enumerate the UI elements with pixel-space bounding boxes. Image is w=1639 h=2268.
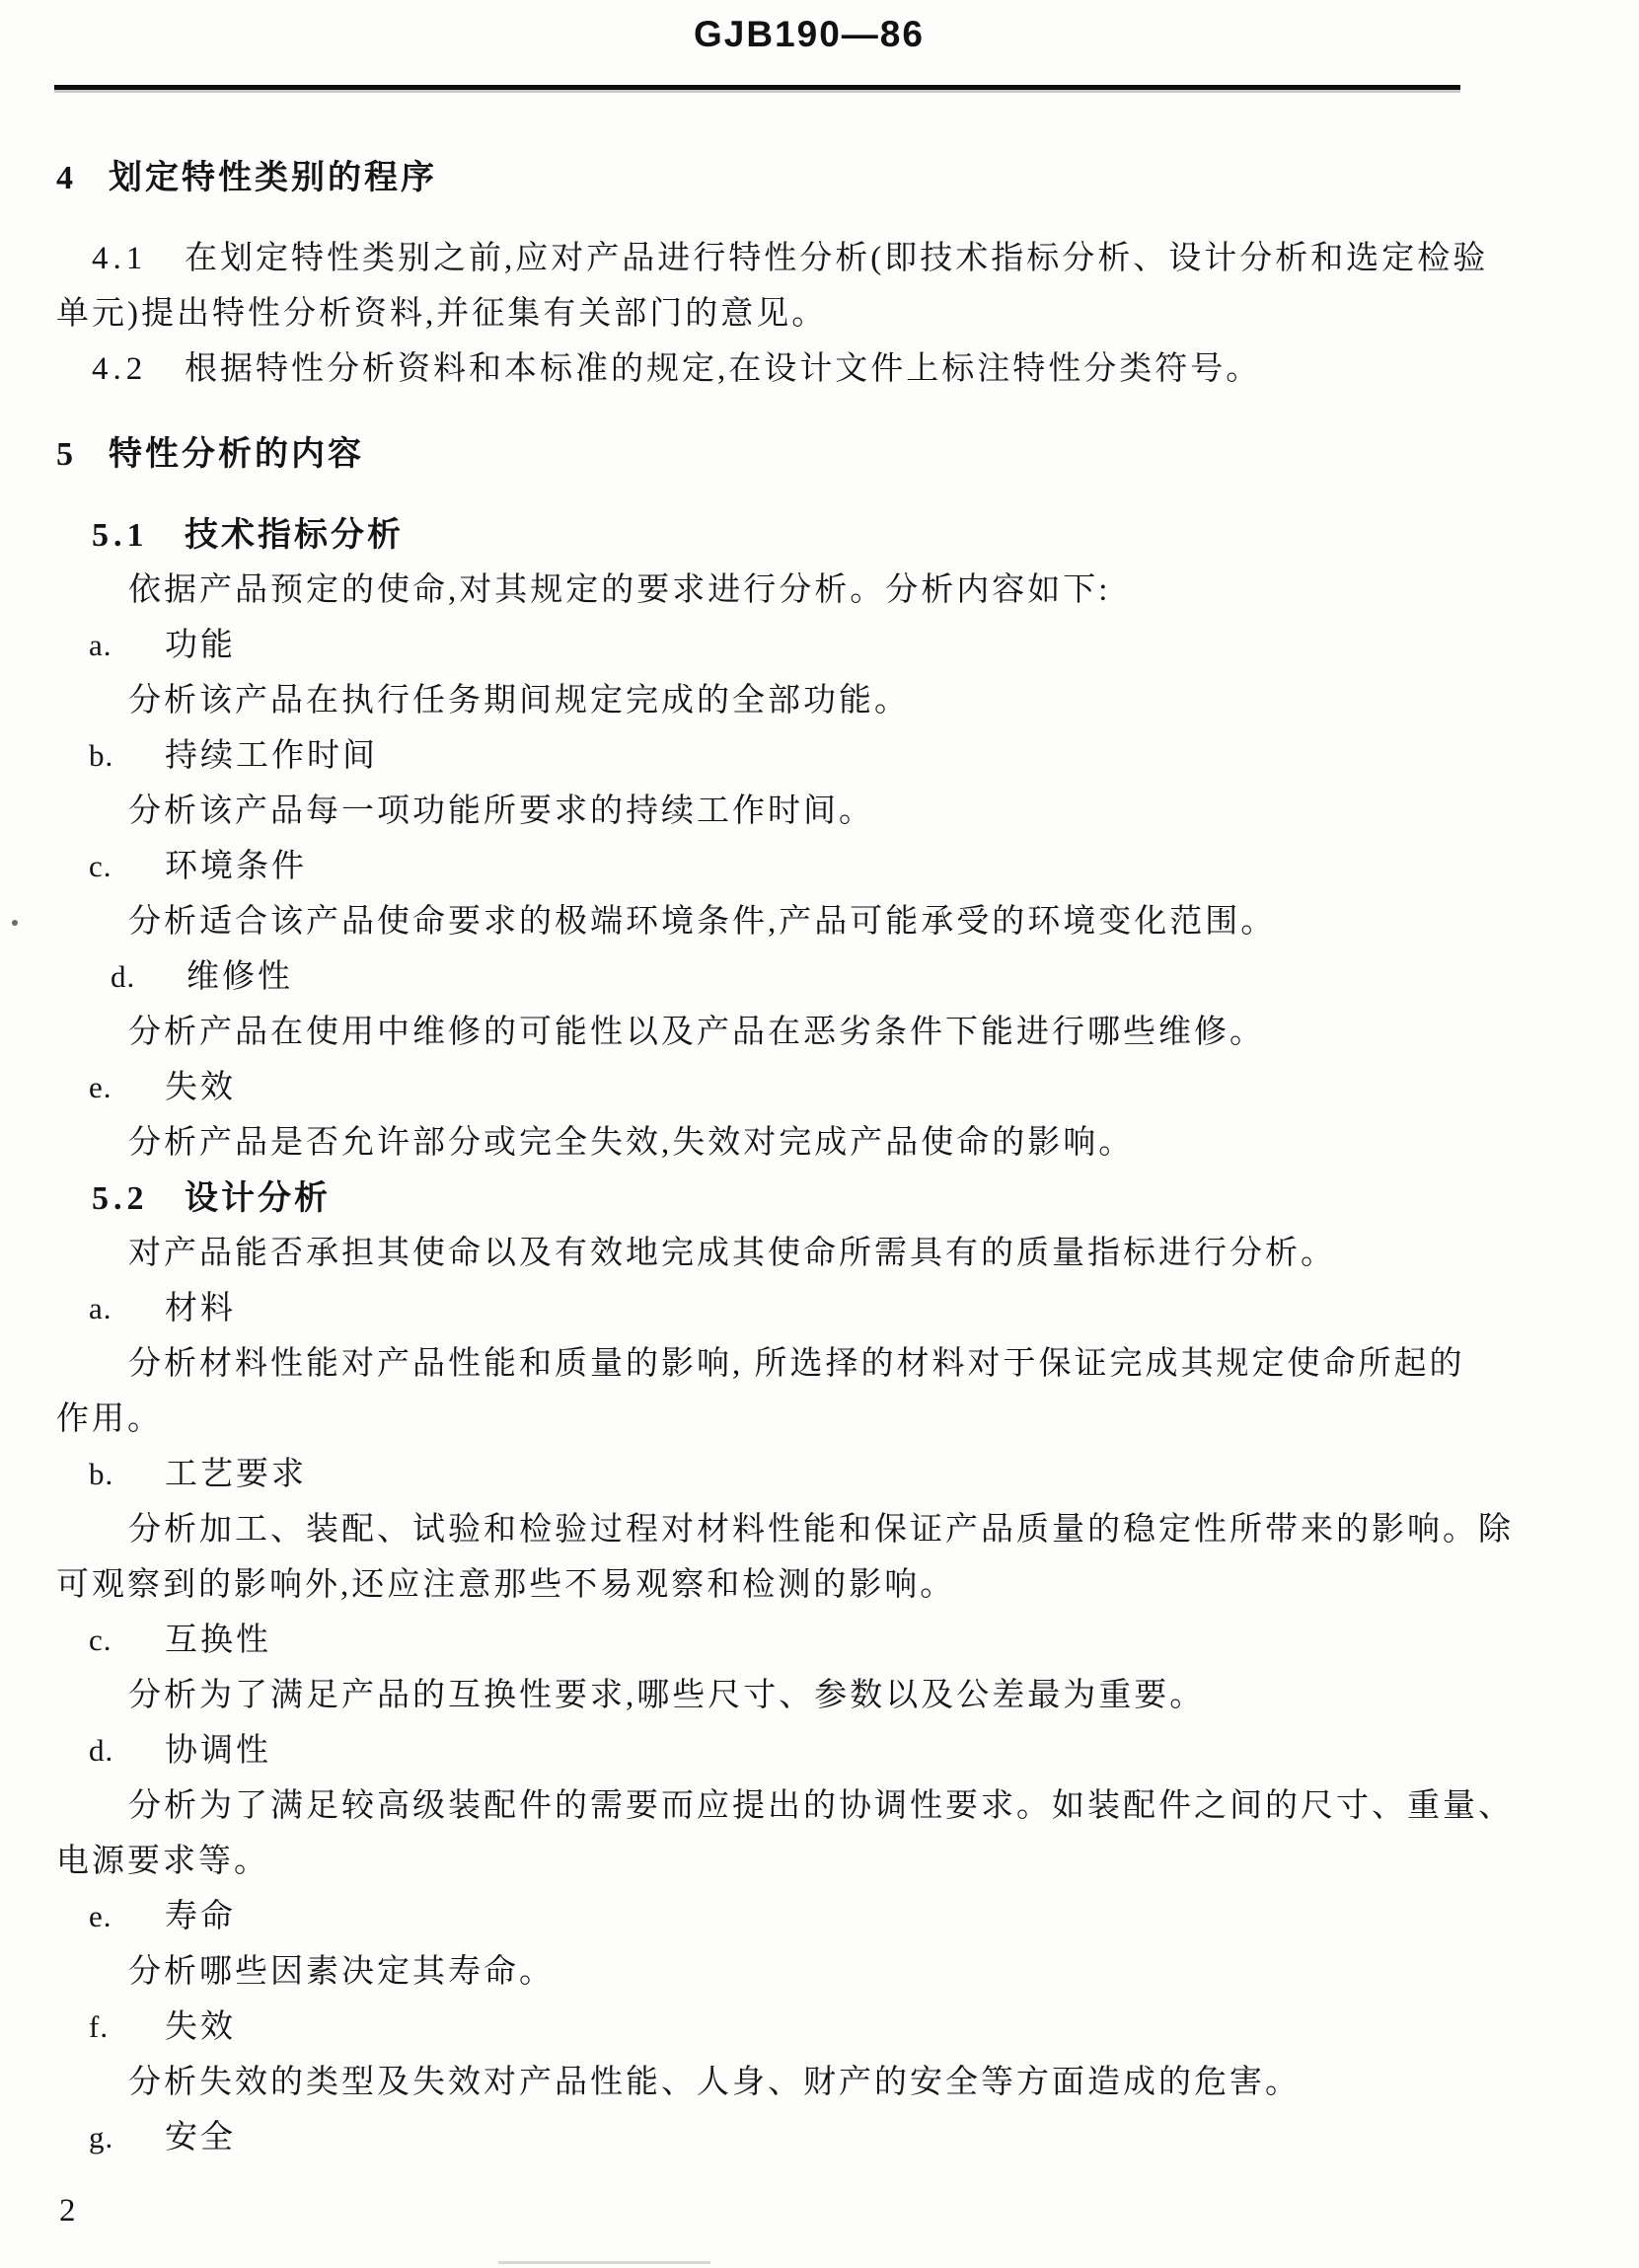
- line-text: 分析加工、装配、试验和检验过程对材料性能和保证产品质量的稳定性所带来的影响。除: [128, 1512, 1514, 1548]
- body-paragraph-line: 分析产品在使用中维修的可能性以及产品在恶劣条件下能进行哪些维修。: [56, 1005, 1581, 1060]
- numbered-clause-line: 4.1在划定特性类别之前,应对产品进行特性分析(即技术指标分析、设计分析和选定检…: [56, 231, 1581, 286]
- item-letter: d.: [111, 949, 186, 1005]
- page-number: 2: [59, 2183, 76, 2238]
- line-text: 分析产品在使用中维修的可能性以及产品在恶劣条件下能进行哪些维修。: [128, 1015, 1265, 1050]
- line-text: 分析为了满足较高级装配件的需要而应提出的协调性要求。如装配件之间的尺寸、重量、: [128, 1788, 1514, 1824]
- line-text: 持续工作时间: [165, 738, 378, 774]
- numbered-clause-line: 4.2根据特性分析资料和本标准的规定,在设计文件上标注特性分类符号。: [56, 341, 1581, 397]
- list-item-line: b.工艺要求: [56, 1447, 1581, 1502]
- line-text: 分析材料性能对产品性能和质量的影响, 所选择的材料对于保证完成其规定使命所起的: [128, 1346, 1465, 1382]
- body-paragraph-line: 分析加工、装配、试验和检验过程对材料性能和保证产品质量的稳定性所带来的影响。除: [56, 1502, 1581, 1557]
- body-paragraph-line: 对产品能否承担其使命以及有效地完成其使命所需具有的质量指标进行分析。: [56, 1226, 1581, 1281]
- body-continuation-line: 单元)提出特性分析资料,并征集有关部门的意见。: [56, 286, 1581, 341]
- body-continuation-line: 电源要求等。: [56, 1834, 1581, 1889]
- line-text: 依据产品预定的使命,对其规定的要求进行分析。分析内容如下:: [128, 572, 1110, 608]
- line-text: 寿命: [165, 1899, 236, 1934]
- item-letter: a.: [89, 618, 165, 673]
- body-paragraph-line: 分析为了满足较高级装配件的需要而应提出的协调性要求。如装配件之间的尺寸、重量、: [56, 1778, 1581, 1834]
- line-text: 设计分析: [185, 1179, 331, 1217]
- scan-speck: [12, 920, 18, 926]
- section-heading: 4划定特性类别的程序: [56, 150, 1581, 205]
- item-letter: c.: [89, 839, 165, 894]
- line-text: 材料: [165, 1291, 236, 1326]
- line-text: 环境条件: [165, 849, 307, 884]
- list-item-line: e.失效: [56, 1060, 1581, 1115]
- item-letter: b.: [89, 728, 165, 784]
- line-text: 维修性: [186, 959, 293, 995]
- body-paragraph-line: 分析该产品在执行任务期间规定完成的全部功能。: [56, 673, 1581, 728]
- document-body: 4划定特性类别的程序4.1在划定特性类别之前,应对产品进行特性分析(即技术指标分…: [56, 120, 1581, 2165]
- list-item-line: f.失效: [56, 2000, 1581, 2055]
- body-paragraph-line: 分析该产品每一项功能所要求的持续工作时间。: [56, 784, 1581, 839]
- clause-subheading: 5.1技术指标分析: [56, 507, 1581, 563]
- clause-number: 4: [56, 151, 109, 206]
- item-letter: a.: [89, 1281, 165, 1336]
- line-text: 分析失效的类型及失效对产品性能、人身、财产的安全等方面造成的危害。: [128, 2065, 1301, 2100]
- line-text: 失效: [165, 2009, 236, 2045]
- line-text: 分析适合该产品使命要求的极端环境条件,产品可能承受的环境变化范围。: [128, 904, 1276, 940]
- list-item-line: g.安全: [56, 2110, 1581, 2165]
- list-item-line: e.寿命: [56, 1889, 1581, 1944]
- section-heading: 5特性分析的内容: [56, 426, 1581, 482]
- body-paragraph-line: 分析为了满足产品的互换性要求,哪些尺寸、参数以及公差最为重要。: [56, 1668, 1581, 1723]
- scanned-document-page: { "page": { "standard_code": "GJB190—86"…: [0, 0, 1639, 2268]
- line-text: 电源要求等。: [56, 1844, 269, 1879]
- body-continuation-line: 作用。: [56, 1392, 1581, 1447]
- line-text: 在划定特性类别之前,应对产品进行特性分析(即技术指标分析、设计分析和选定检验: [185, 241, 1488, 276]
- line-text: 技术指标分析: [185, 516, 404, 554]
- line-text: 分析哪些因素决定其寿命。: [128, 1954, 555, 1990]
- clause-number: 4.1: [92, 231, 185, 286]
- clause-number: 5.1: [92, 508, 185, 564]
- line-text: 特性分析的内容: [109, 435, 364, 473]
- clause-number: 5.2: [92, 1172, 185, 1227]
- item-letter: e.: [89, 1889, 165, 1944]
- list-item-line: a.功能: [56, 618, 1581, 673]
- line-text: 划定特性类别的程序: [109, 159, 437, 196]
- list-item-line: d.协调性: [56, 1723, 1581, 1778]
- body-paragraph-line: 分析适合该产品使命要求的极端环境条件,产品可能承受的环境变化范围。: [56, 894, 1581, 949]
- line-text: 分析该产品每一项功能所要求的持续工作时间。: [128, 794, 874, 829]
- line-text: 分析为了满足产品的互换性要求,哪些尺寸、参数以及公差最为重要。: [128, 1678, 1205, 1713]
- item-letter: g.: [89, 2110, 165, 2165]
- clause-subheading: 5.2设计分析: [56, 1171, 1581, 1226]
- line-text: 可观察到的影响外,还应注意那些不易观察和检测的影响。: [56, 1567, 955, 1603]
- item-letter: f.: [89, 2000, 165, 2055]
- list-item-line: d.维修性: [56, 949, 1581, 1005]
- line-text: 协调性: [165, 1733, 271, 1769]
- line-text: 分析该产品在执行任务期间规定完成的全部功能。: [128, 683, 910, 718]
- item-letter: e.: [89, 1060, 165, 1115]
- list-item-line: c.互换性: [56, 1613, 1581, 1668]
- item-letter: c.: [89, 1613, 165, 1668]
- header-rule: [54, 85, 1460, 90]
- list-item-line: b.持续工作时间: [56, 728, 1581, 784]
- line-text: 互换性: [165, 1623, 271, 1658]
- line-text: 作用。: [56, 1401, 163, 1437]
- line-text: 安全: [165, 2120, 236, 2155]
- line-text: 根据特性分析资料和本标准的规定,在设计文件上标注特性分类符号。: [185, 351, 1261, 387]
- body-paragraph-line: 分析产品是否允许部分或完全失效,失效对完成产品使命的影响。: [56, 1115, 1581, 1171]
- body-paragraph-line: 依据产品预定的使命,对其规定的要求进行分析。分析内容如下:: [56, 563, 1581, 618]
- line-text: 单元)提出特性分析资料,并征集有关部门的意见。: [56, 296, 827, 332]
- list-item-line: c.环境条件: [56, 839, 1581, 894]
- line-text: 工艺要求: [165, 1457, 307, 1492]
- line-text: 分析产品是否允许部分或完全失效,失效对完成产品使命的影响。: [128, 1125, 1134, 1161]
- body-paragraph-line: 分析失效的类型及失效对产品性能、人身、财产的安全等方面造成的危害。: [56, 2055, 1581, 2110]
- list-item-line: a.材料: [56, 1281, 1581, 1336]
- line-text: 对产品能否承担其使命以及有效地完成其使命所需具有的质量指标进行分析。: [128, 1236, 1336, 1271]
- line-text: 功能: [165, 628, 236, 663]
- body-paragraph-line: 分析哪些因素决定其寿命。: [56, 1944, 1581, 2000]
- standard-code-header: GJB190—86: [694, 14, 925, 55]
- clause-number: 5: [56, 427, 109, 483]
- body-paragraph-line: 分析材料性能对产品性能和质量的影响, 所选择的材料对于保证完成其规定使命所起的: [56, 1336, 1581, 1392]
- clause-number: 4.2: [92, 341, 185, 397]
- item-letter: d.: [89, 1723, 165, 1778]
- scan-artifact: [498, 2261, 710, 2264]
- item-letter: b.: [89, 1447, 165, 1502]
- line-text: 失效: [165, 1070, 236, 1105]
- body-continuation-line: 可观察到的影响外,还应注意那些不易观察和检测的影响。: [56, 1557, 1581, 1613]
